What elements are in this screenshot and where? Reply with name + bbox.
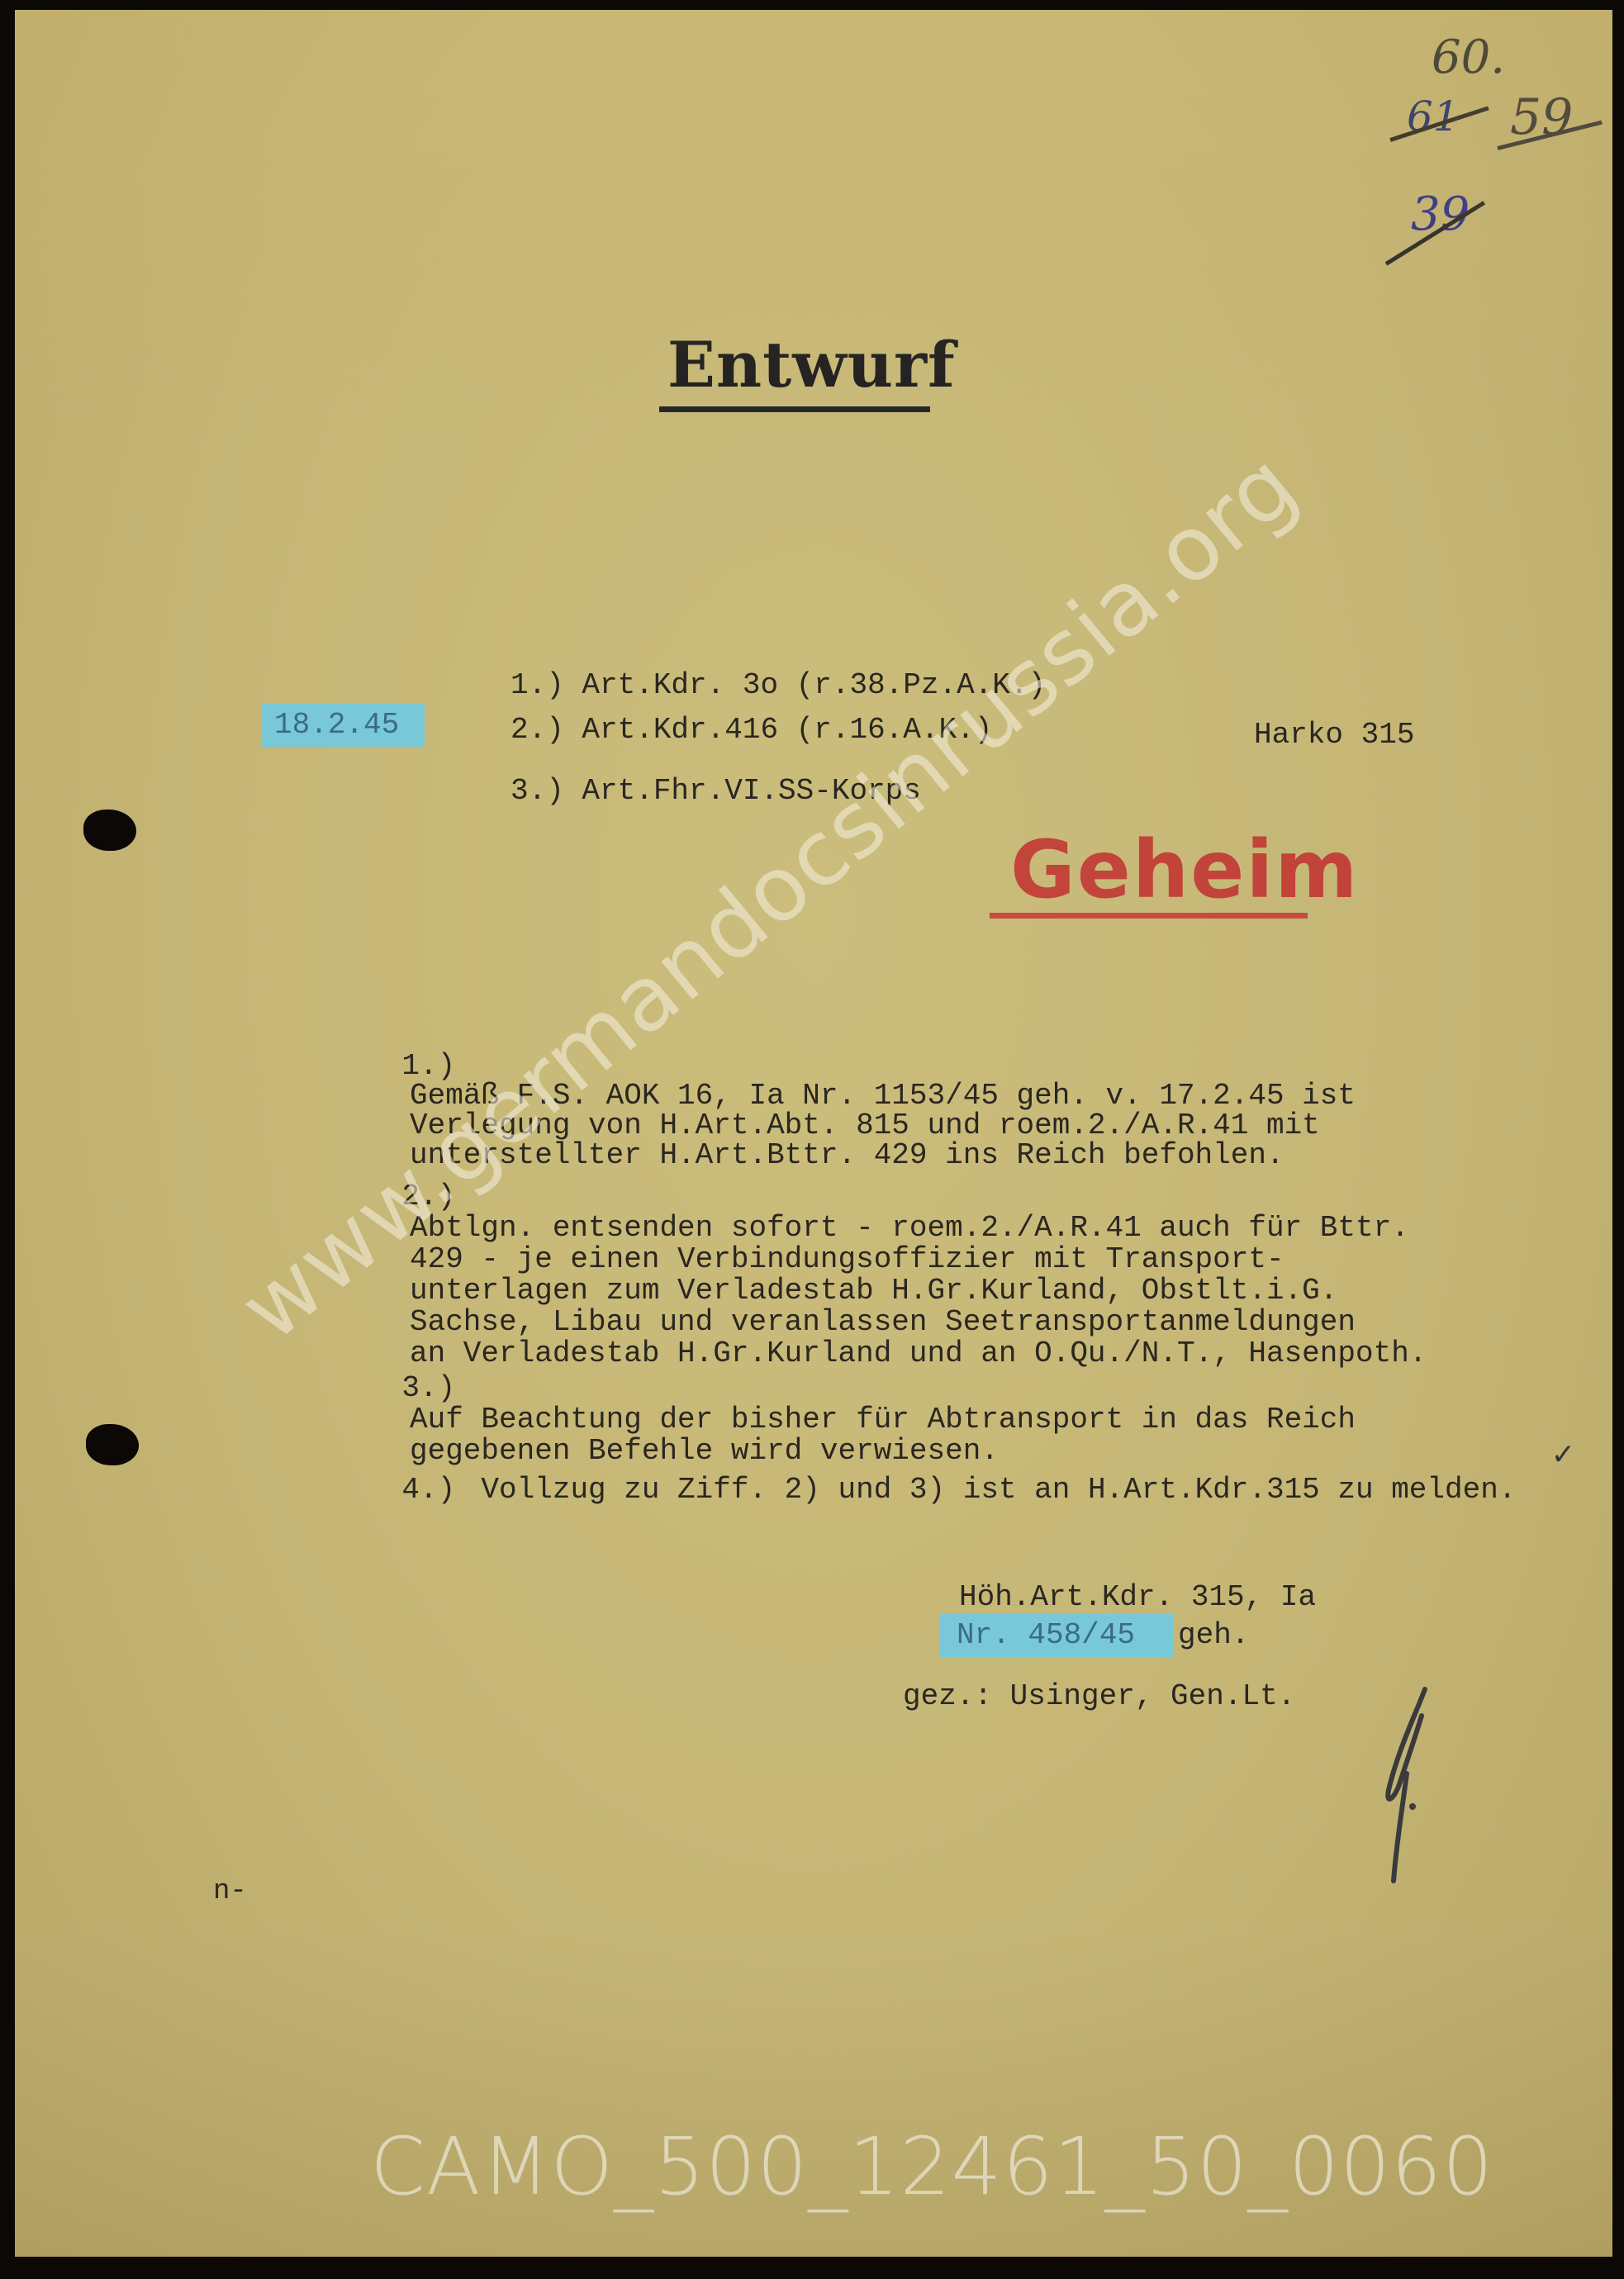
item-number: 4.) xyxy=(401,1474,481,1507)
signature-unit: Höh.Art.Kdr. 315, Ia xyxy=(959,1581,1316,1614)
sender-label: Harko 315 xyxy=(1254,719,1414,752)
check-mark: ✓ xyxy=(1553,1435,1573,1475)
title-underline xyxy=(659,406,930,412)
item-text: Vollzug zu Ziff. 2) und 3) ist an H.Art.… xyxy=(481,1473,1516,1507)
document-page: 60. 61 59 39 Entwurf 18.2.45 1.) Art.Kdr… xyxy=(15,10,1612,2265)
date-highlight: 18.2.45 xyxy=(261,704,425,747)
classification-stamp: Geheim xyxy=(1010,824,1359,916)
reference-suffix: geh. xyxy=(1178,1619,1249,1652)
typist-mark: n- xyxy=(213,1875,247,1908)
signed-by: gez.: Usinger, Gen.Lt. xyxy=(903,1680,1295,1713)
punch-hole xyxy=(83,810,136,851)
item-number: 3.) xyxy=(401,1373,481,1404)
document-title: Entwurf xyxy=(667,328,956,401)
handwritten-initial-icon xyxy=(1374,1683,1440,1889)
classification-underline xyxy=(990,913,1308,919)
scan-border xyxy=(0,2257,1624,2279)
reference-number-highlight: Nr. 458/45 xyxy=(940,1614,1173,1657)
archive-id: CAMO_500_12461_50_0060 xyxy=(370,2120,1493,2213)
punch-hole xyxy=(86,1424,139,1465)
item-4: 4.)Vollzug zu Ziff. 2) und 3) ist an H.A… xyxy=(330,1441,1516,1540)
folio-number: 60. xyxy=(1432,31,1505,84)
